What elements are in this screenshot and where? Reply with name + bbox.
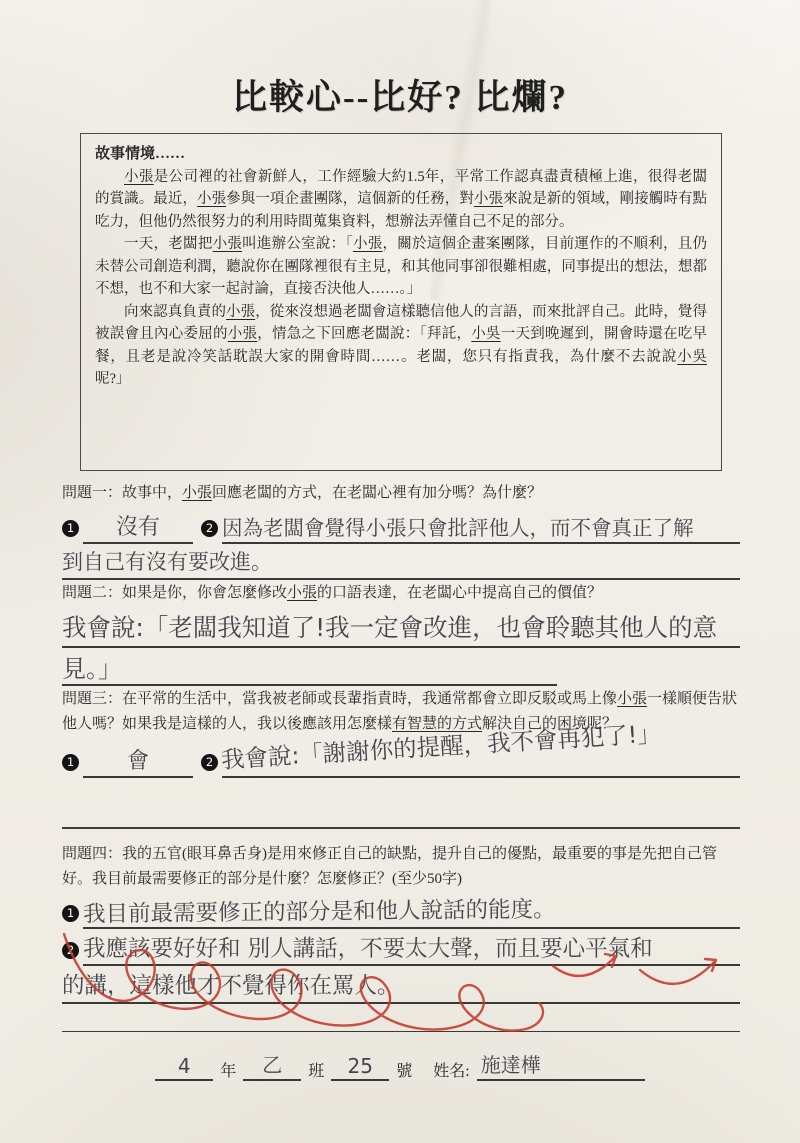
question-1-answer-line-2: 到自己有沒有要改進。 (62, 546, 740, 580)
question-3-answer-line-1: 我會說:「謝謝你的提醒，我不會再犯了!」 (222, 741, 740, 778)
question-3: 問題三：在平常的生活中，當我被老師或長輩指責時，我通常都會立即反駁或馬上像小張一… (62, 687, 740, 778)
question-4-answer-row-1: 1 我目前最需要修正的部分是和他人說話的能度。 (62, 894, 740, 929)
answer-number-2-badge: 2 (62, 942, 79, 959)
class-label: 班 (308, 1058, 324, 1081)
question-1-label: 問題一：故事中，小張回應老闆的方式，在老闆心裡有加分嗎？為什麼？ (62, 481, 740, 506)
answer-number-1-badge: 1 (62, 754, 79, 771)
section-divider-line (62, 827, 740, 829)
question-4-answer-line-2: 我應該要好好和 別人講話，不要太大聲，而且要心平氣和 (83, 931, 740, 966)
answer-number-2-badge: 2 (201, 520, 218, 537)
story-paragraph-3: 向來認真負責的小張，從來沒想過老闆會這樣聽信他人的言語，而來批評自己。此時，覺得… (95, 301, 707, 391)
question-2-answer-line-2: 見。」 (62, 649, 557, 686)
question-4-answer-row-2: 2 我應該要好好和 別人講話，不要太大聲，而且要心平氣和 (62, 931, 740, 966)
question-1: 問題一：故事中，小張回應老闆的方式，在老闆心裡有加分嗎？為什麼？ 1 沒有 2 … (62, 481, 740, 580)
question-1-blank-1: 沒有 (83, 510, 193, 544)
question-3-answer-row: 1 會 2 我會說:「謝謝你的提醒，我不會再犯了!」 (62, 741, 740, 778)
answer-number-2-badge: 2 (201, 754, 218, 771)
name-blank: 施達樺 (477, 1049, 645, 1081)
student-info-line: 4 年 乙 班 25 號 姓名: 施達樺 (0, 1049, 800, 1081)
seat-number-label: 號 (396, 1058, 412, 1081)
question-4-answer-line-3: 的講，這樣他才不覺得你在罵人。 (62, 968, 740, 1004)
story-paragraph-2: 一天，老闆把小張叫進辦公室說：「小張，關於這個企畫案團隊，目前運作的不順利，且仍… (95, 233, 707, 301)
question-4: 問題四：我的五官(眼耳鼻舌身)是用來修正自己的缺點，提升自己的優點，最重要的事是… (62, 842, 740, 1004)
question-2-answer-line-1: 我會說:「老闆我知道了!我一定會改進，也會聆聽其他人的意 (62, 609, 740, 648)
story-paragraph-1: 小張是公司裡的社會新鮮人，工作經驗大約1.5年，平常工作認真盡責積極上進，很得老… (95, 166, 707, 234)
question-1-answer-row: 1 沒有 2 因為老闆會覺得小張只會批評他人，而不會真正了解 (62, 510, 740, 544)
grade-label: 年 (220, 1058, 236, 1081)
question-2: 問題二：如果是你，你會怎麼修改小張的口語表達，在老闆心中提高自己的價值？ 我會說… (62, 581, 740, 686)
grade-blank: 4 (155, 1054, 213, 1081)
question-2-label: 問題二：如果是你，你會怎麼修改小張的口語表達，在老闆心中提高自己的價值？ (62, 581, 740, 606)
question-3-blank-1: 會 (83, 744, 193, 778)
question-4-label: 問題四：我的五官(眼耳鼻舌身)是用來修正自己的缺點，提升自己的優點，最重要的事是… (62, 842, 740, 892)
story-heading: 故事情境…… (95, 143, 707, 166)
name-label: 姓名: (433, 1058, 469, 1081)
question-1-answer-line-1: 因為老闆會覺得小張只會批評他人，而不會真正了解 (222, 511, 740, 544)
seat-number-blank: 25 (331, 1054, 389, 1081)
worksheet-page: 比較心--比好? 比爛? 故事情境…… 小張是公司裡的社會新鮮人，工作經驗大約1… (0, 0, 800, 1143)
question-4-answer-line-1: 我目前最需要修正的部分是和他人說話的能度。 (83, 894, 740, 929)
story-box: 故事情境…… 小張是公司裡的社會新鮮人，工作經驗大約1.5年，平常工作認真盡責積… (80, 133, 722, 471)
answer-number-1-badge: 1 (62, 520, 79, 537)
blank-ruled-line (62, 1031, 740, 1032)
class-blank: 乙 (243, 1049, 301, 1081)
answer-number-1-badge: 1 (62, 905, 79, 922)
page-title: 比較心--比好? 比爛? (0, 70, 800, 120)
question-4-answer-text-1: 我目前最需要修正的部分是和他人說話的能度。 (83, 892, 556, 929)
